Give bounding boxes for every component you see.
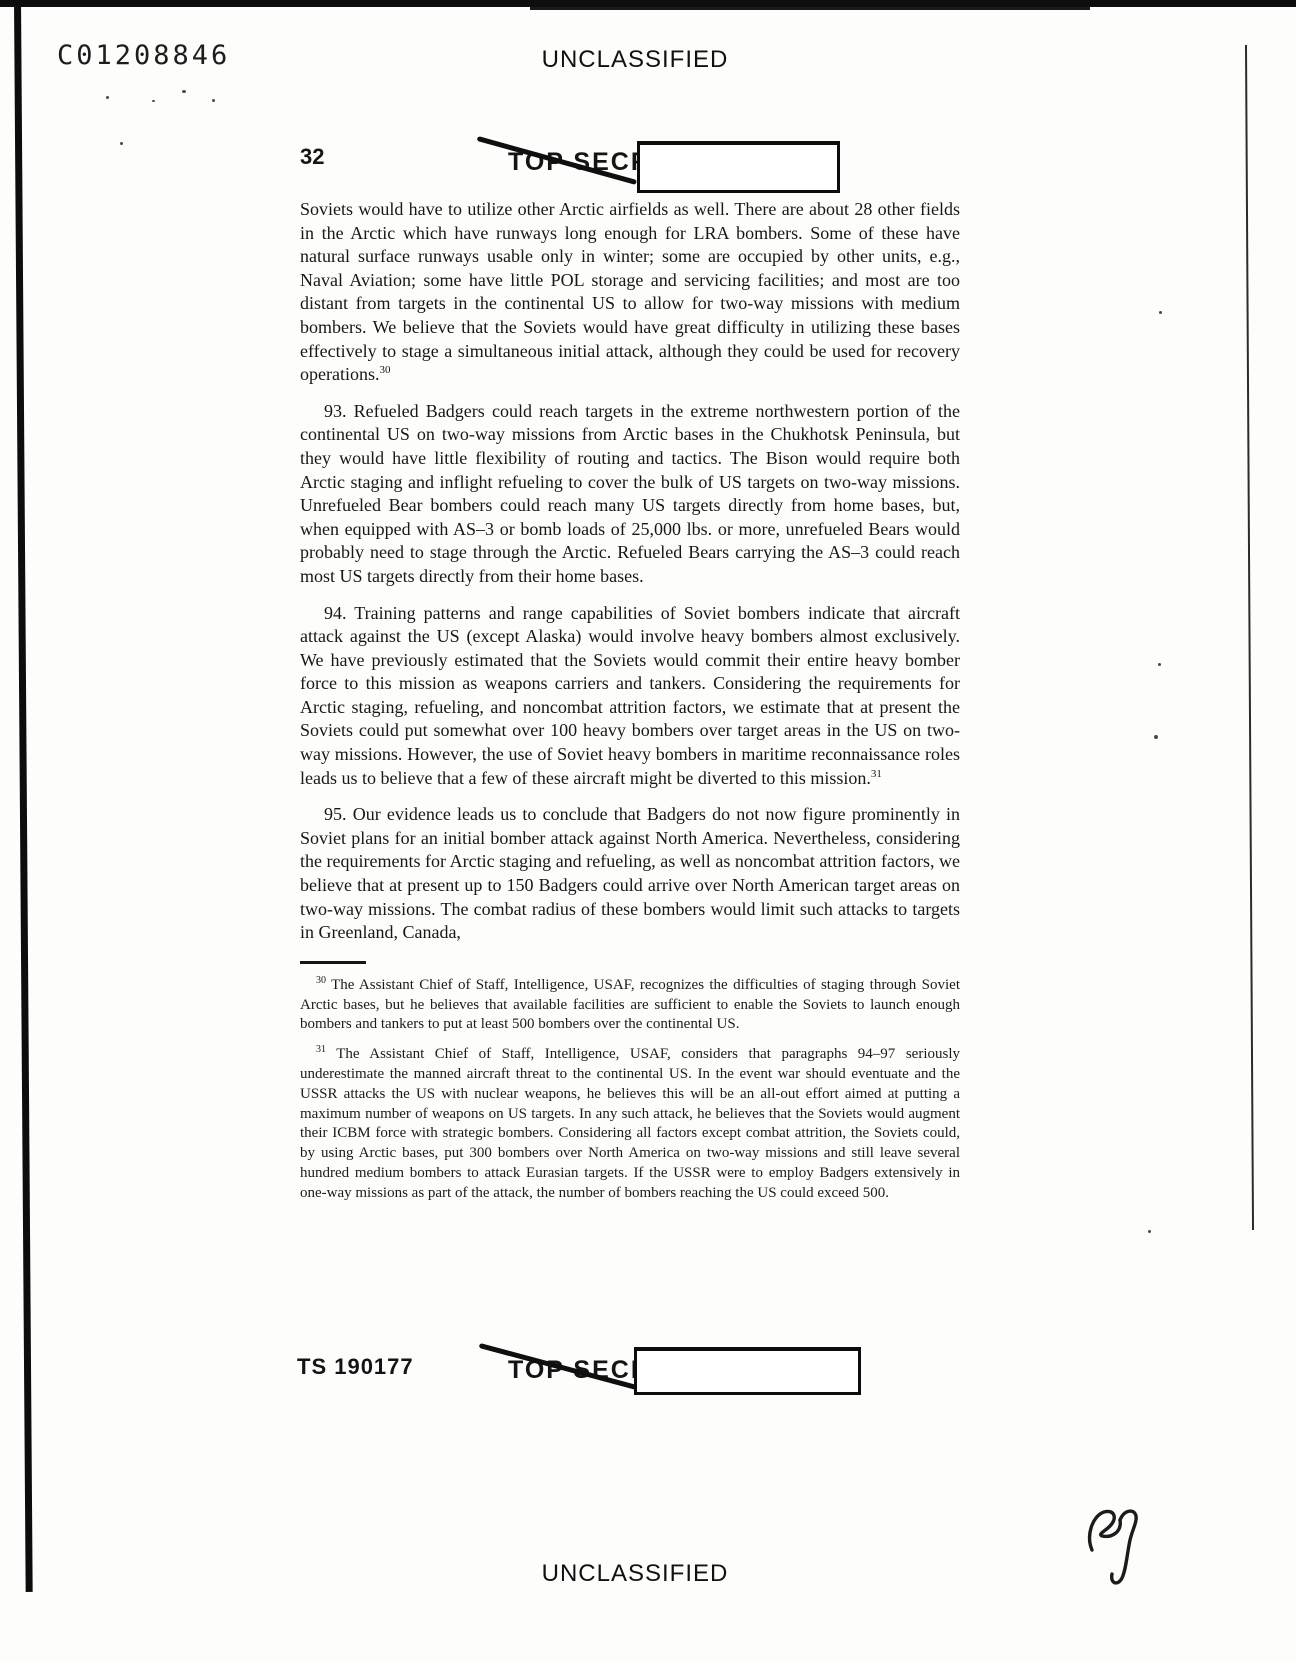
handwritten-mark — [1078, 1498, 1158, 1608]
scan-speckle — [1148, 1230, 1151, 1233]
footnote-30: 30 The Assistant Chief of Staff, Intelli… — [300, 976, 960, 1035]
redaction-box-header — [637, 141, 840, 193]
paragraph-93: 93. Refueled Badgers could reach targets… — [300, 400, 960, 589]
paragraph-94: 94. Training patterns and range capabili… — [300, 602, 960, 791]
scan-left-border — [14, 0, 33, 1592]
scan-speckle — [152, 100, 155, 102]
scan-speckle — [1154, 735, 1158, 739]
scan-top-border-segment — [530, 7, 1090, 10]
redaction-box-footer — [634, 1347, 861, 1395]
footnote-31: 31 The Assistant Chief of Staff, Intelli… — [300, 1045, 960, 1203]
scan-speckle — [106, 96, 109, 99]
classification-banner-top: UNCLASSIFIED — [0, 46, 1270, 74]
scan-top-border — [0, 0, 1296, 7]
scan-speckle — [120, 142, 123, 145]
footnote-text: The Assistant Chief of Staff, Intelligen… — [300, 977, 960, 1033]
scan-speckle — [1159, 311, 1162, 314]
scan-right-edge-line — [1245, 45, 1254, 1230]
footnote-reference-30: 30 — [379, 364, 390, 376]
paragraph-text: Our evidence leads us to conclude that B… — [300, 804, 960, 942]
footnote-marker: 31 — [316, 1044, 326, 1055]
footnote-text: The Assistant Chief of Staff, Intelligen… — [300, 1046, 960, 1201]
footnote-reference-31: 31 — [871, 768, 882, 780]
scan-speckle — [182, 90, 186, 93]
paragraph-text: Training patterns and range capabilities… — [300, 603, 960, 788]
scan-speckle — [212, 99, 215, 102]
footnote-separator-rule — [300, 961, 366, 964]
paragraph-number: 94. — [324, 603, 347, 623]
body-text-column: Soviets would have to utilize other Arct… — [300, 198, 960, 1214]
paragraph-number: 93. — [324, 401, 347, 421]
paragraph-95: 95. Our evidence leads us to conclude th… — [300, 803, 960, 945]
paragraph-text: Soviets would have to utilize other Arct… — [300, 199, 960, 384]
paragraph-number: 95. — [324, 804, 347, 824]
document-page: C01208846 UNCLASSIFIED 32 TOP SECRET, So… — [0, 0, 1296, 1661]
page-number: 32 — [300, 144, 324, 170]
scan-speckle — [1158, 663, 1161, 666]
control-number: TS 190177 — [297, 1354, 414, 1380]
paragraph-continuation: Soviets would have to utilize other Arct… — [300, 198, 960, 387]
paragraph-text: Refueled Badgers could reach targets in … — [300, 401, 960, 586]
footnote-marker: 30 — [316, 975, 326, 986]
